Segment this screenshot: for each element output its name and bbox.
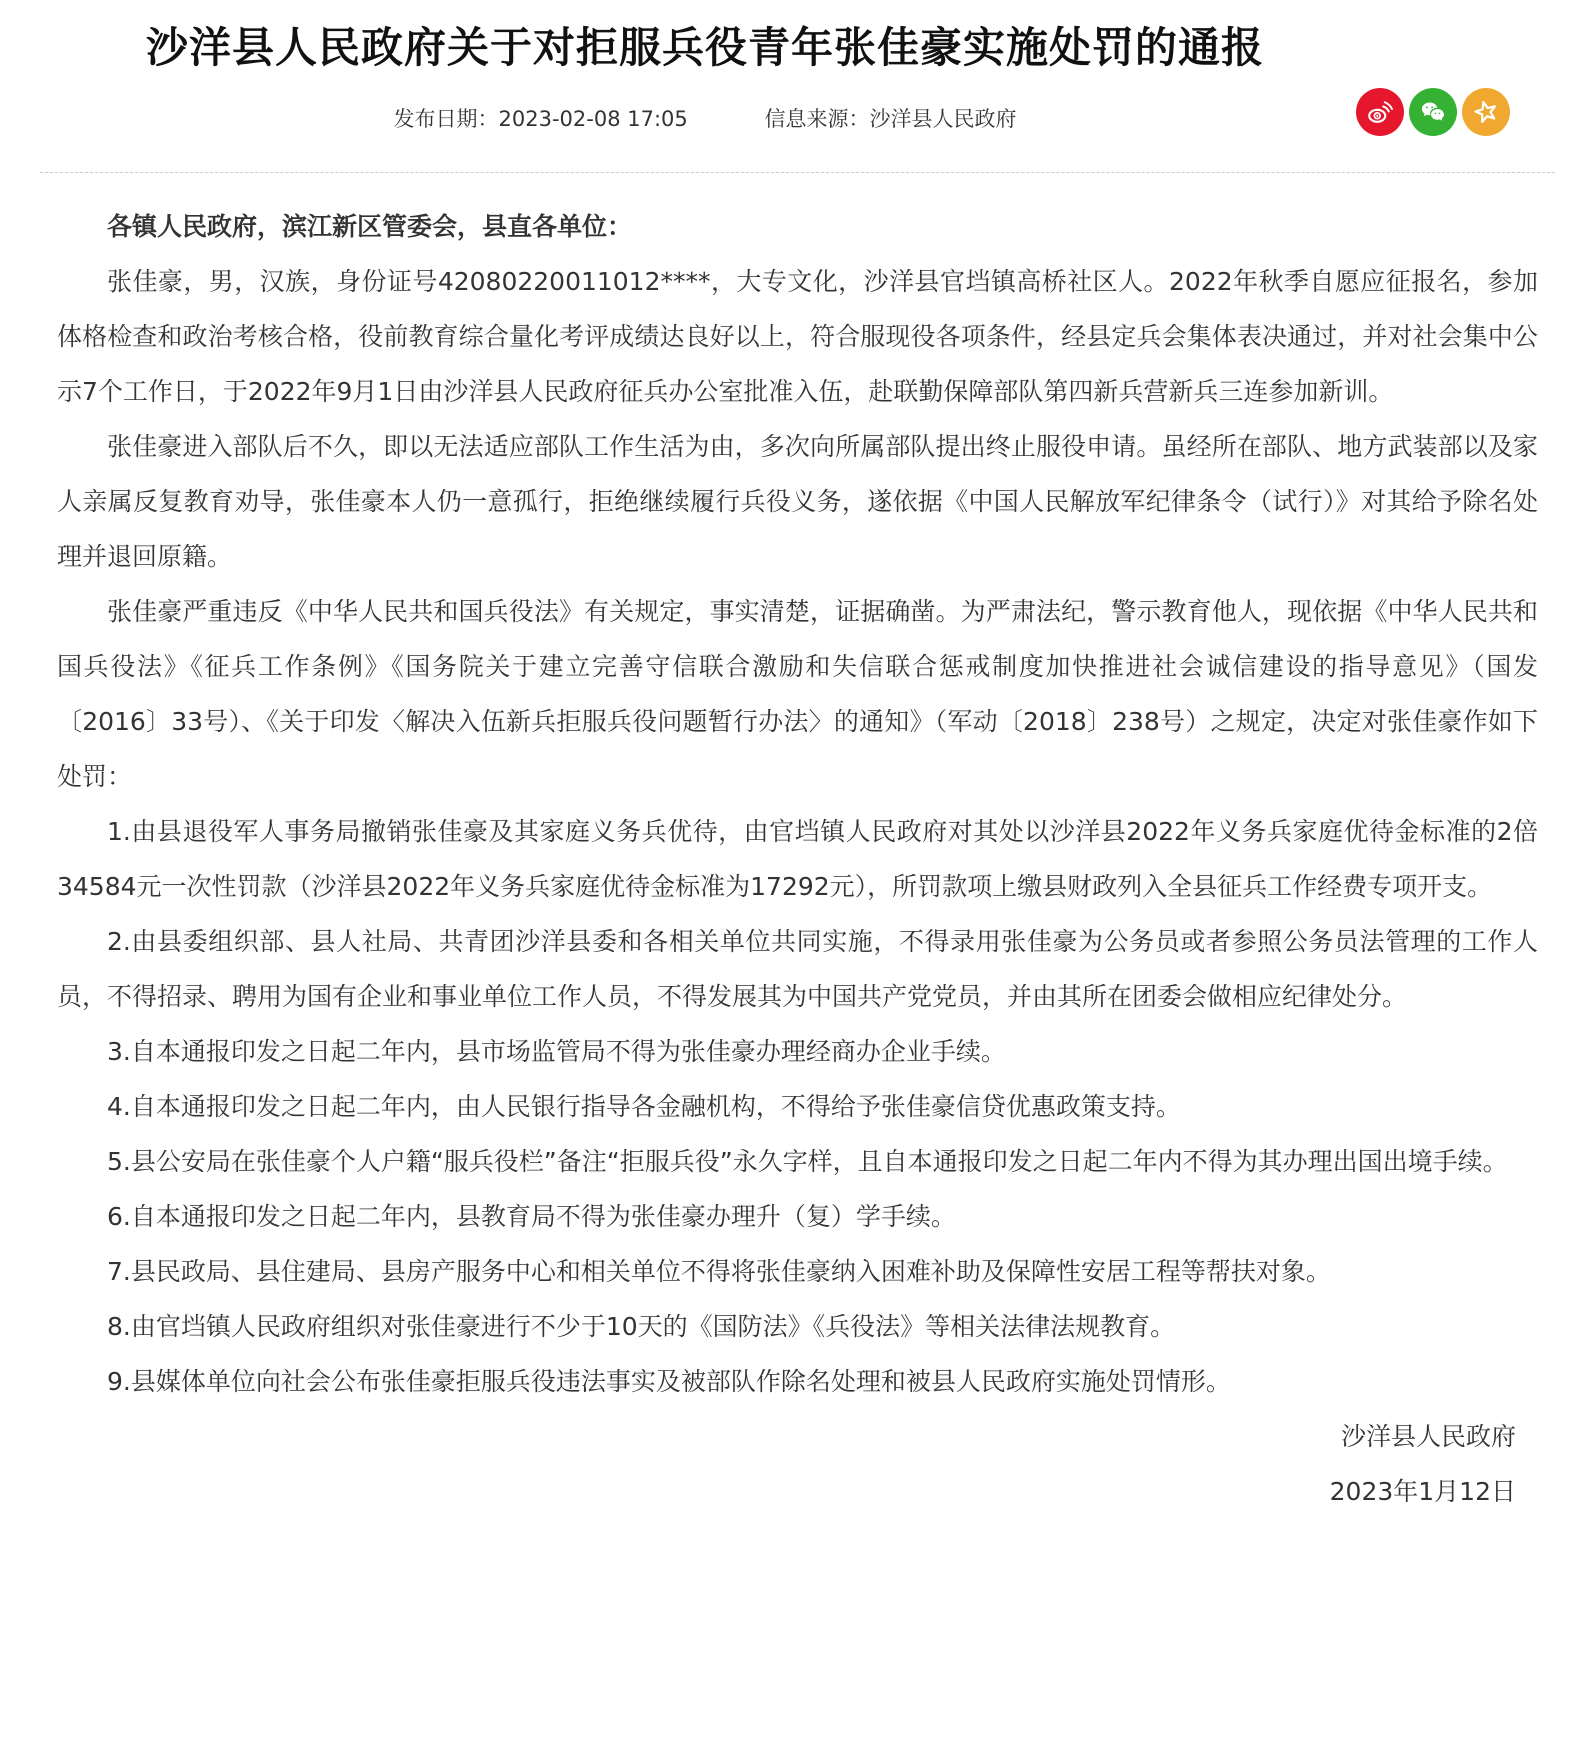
info-source: 信息来源：沙洋县人民政府 [764, 107, 1016, 131]
paragraph-list: 张佳豪，男，汉族，身份证号42080220011012****，大专文化，沙洋县… [57, 254, 1538, 1409]
signature-date: 2023年1月12日 [57, 1464, 1516, 1519]
publish-date-value: 2023-02-08 17:05 [499, 107, 688, 131]
notice-page: 沙洋县人民政府关于对拒服兵役青年张佳豪实施处罚的通报 发布日期：2023-02-… [0, 0, 1595, 1752]
body-paragraph: 3.自本通报印发之日起二年内，县市场监管局不得为张佳豪办理经商办企业手续。 [57, 1024, 1538, 1079]
body-paragraph: 张佳豪严重违反《中华人民共和国兵役法》有关规定，事实清楚，证据确凿。为严肃法纪，… [57, 584, 1538, 804]
body-paragraph: 6.自本通报印发之日起二年内，县教育局不得为张佳豪办理升（复）学手续。 [57, 1189, 1538, 1244]
notice-header: 沙洋县人民政府关于对拒服兵役青年张佳豪实施处罚的通报 发布日期：2023-02-… [0, 0, 1595, 172]
notice-body: 各镇人民政府，滨江新区管委会，县直各单位： 张佳豪，男，汉族，身份证号42080… [0, 173, 1595, 1527]
info-source-label: 信息来源： [764, 107, 869, 131]
star-icon [1471, 97, 1501, 127]
body-paragraph: 8.由官垱镇人民政府组织对张佳豪进行不少于10天的《国防法》《兵役法》等相关法律… [57, 1299, 1538, 1354]
share-buttons [1356, 88, 1510, 136]
page-title: 沙洋县人民政府关于对拒服兵役青年张佳豪实施处罚的通报 [0, 22, 1410, 75]
body-paragraph: 9.县媒体单位向社会公布张佳豪拒服兵役违法事实及被部队作除名处理和被县人民政府实… [57, 1354, 1538, 1409]
share-wechat-button[interactable] [1409, 88, 1457, 136]
body-paragraph: 5.县公安局在张佳豪个人户籍“服兵役栏”备注“拒服兵役”永久字样，且自本通报印发… [57, 1134, 1538, 1189]
meta-row: 发布日期：2023-02-08 17:05 信息来源：沙洋县人民政府 [0, 103, 1410, 133]
body-paragraph: 2.由县委组织部、县人社局、共青团沙洋县委和各相关单位共同实施，不得录用张佳豪为… [57, 914, 1538, 1024]
salutation: 各镇人民政府，滨江新区管委会，县直各单位： [57, 199, 1538, 254]
body-paragraph: 张佳豪进入部队后不久，即以无法适应部队工作生活为由，多次向所属部队提出终止服役申… [57, 419, 1538, 584]
publish-date-label: 发布日期： [394, 107, 499, 131]
share-weibo-button[interactable] [1356, 88, 1404, 136]
signature-block: 沙洋县人民政府 2023年1月12日 [57, 1409, 1538, 1519]
publish-date: 发布日期：2023-02-08 17:05 [394, 107, 688, 131]
body-paragraph: 1.由县退役军人事务局撤销张佳豪及其家庭义务兵优待，由官垱镇人民政府对其处以沙洋… [57, 804, 1538, 914]
weibo-icon [1365, 97, 1395, 127]
body-paragraph: 4.自本通报印发之日起二年内，由人民银行指导各金融机构，不得给予张佳豪信贷优惠政… [57, 1079, 1538, 1134]
body-paragraph: 7.县民政局、县住建局、县房产服务中心和相关单位不得将张佳豪纳入困难补助及保障性… [57, 1244, 1538, 1299]
share-favorite-button[interactable] [1462, 88, 1510, 136]
header-inner: 沙洋县人民政府关于对拒服兵役青年张佳豪实施处罚的通报 发布日期：2023-02-… [0, 22, 1410, 133]
info-source-value: 沙洋县人民政府 [869, 107, 1016, 131]
body-paragraph: 张佳豪，男，汉族，身份证号42080220011012****，大专文化，沙洋县… [57, 254, 1538, 419]
signature-org: 沙洋县人民政府 [57, 1409, 1516, 1464]
wechat-icon [1418, 97, 1448, 127]
